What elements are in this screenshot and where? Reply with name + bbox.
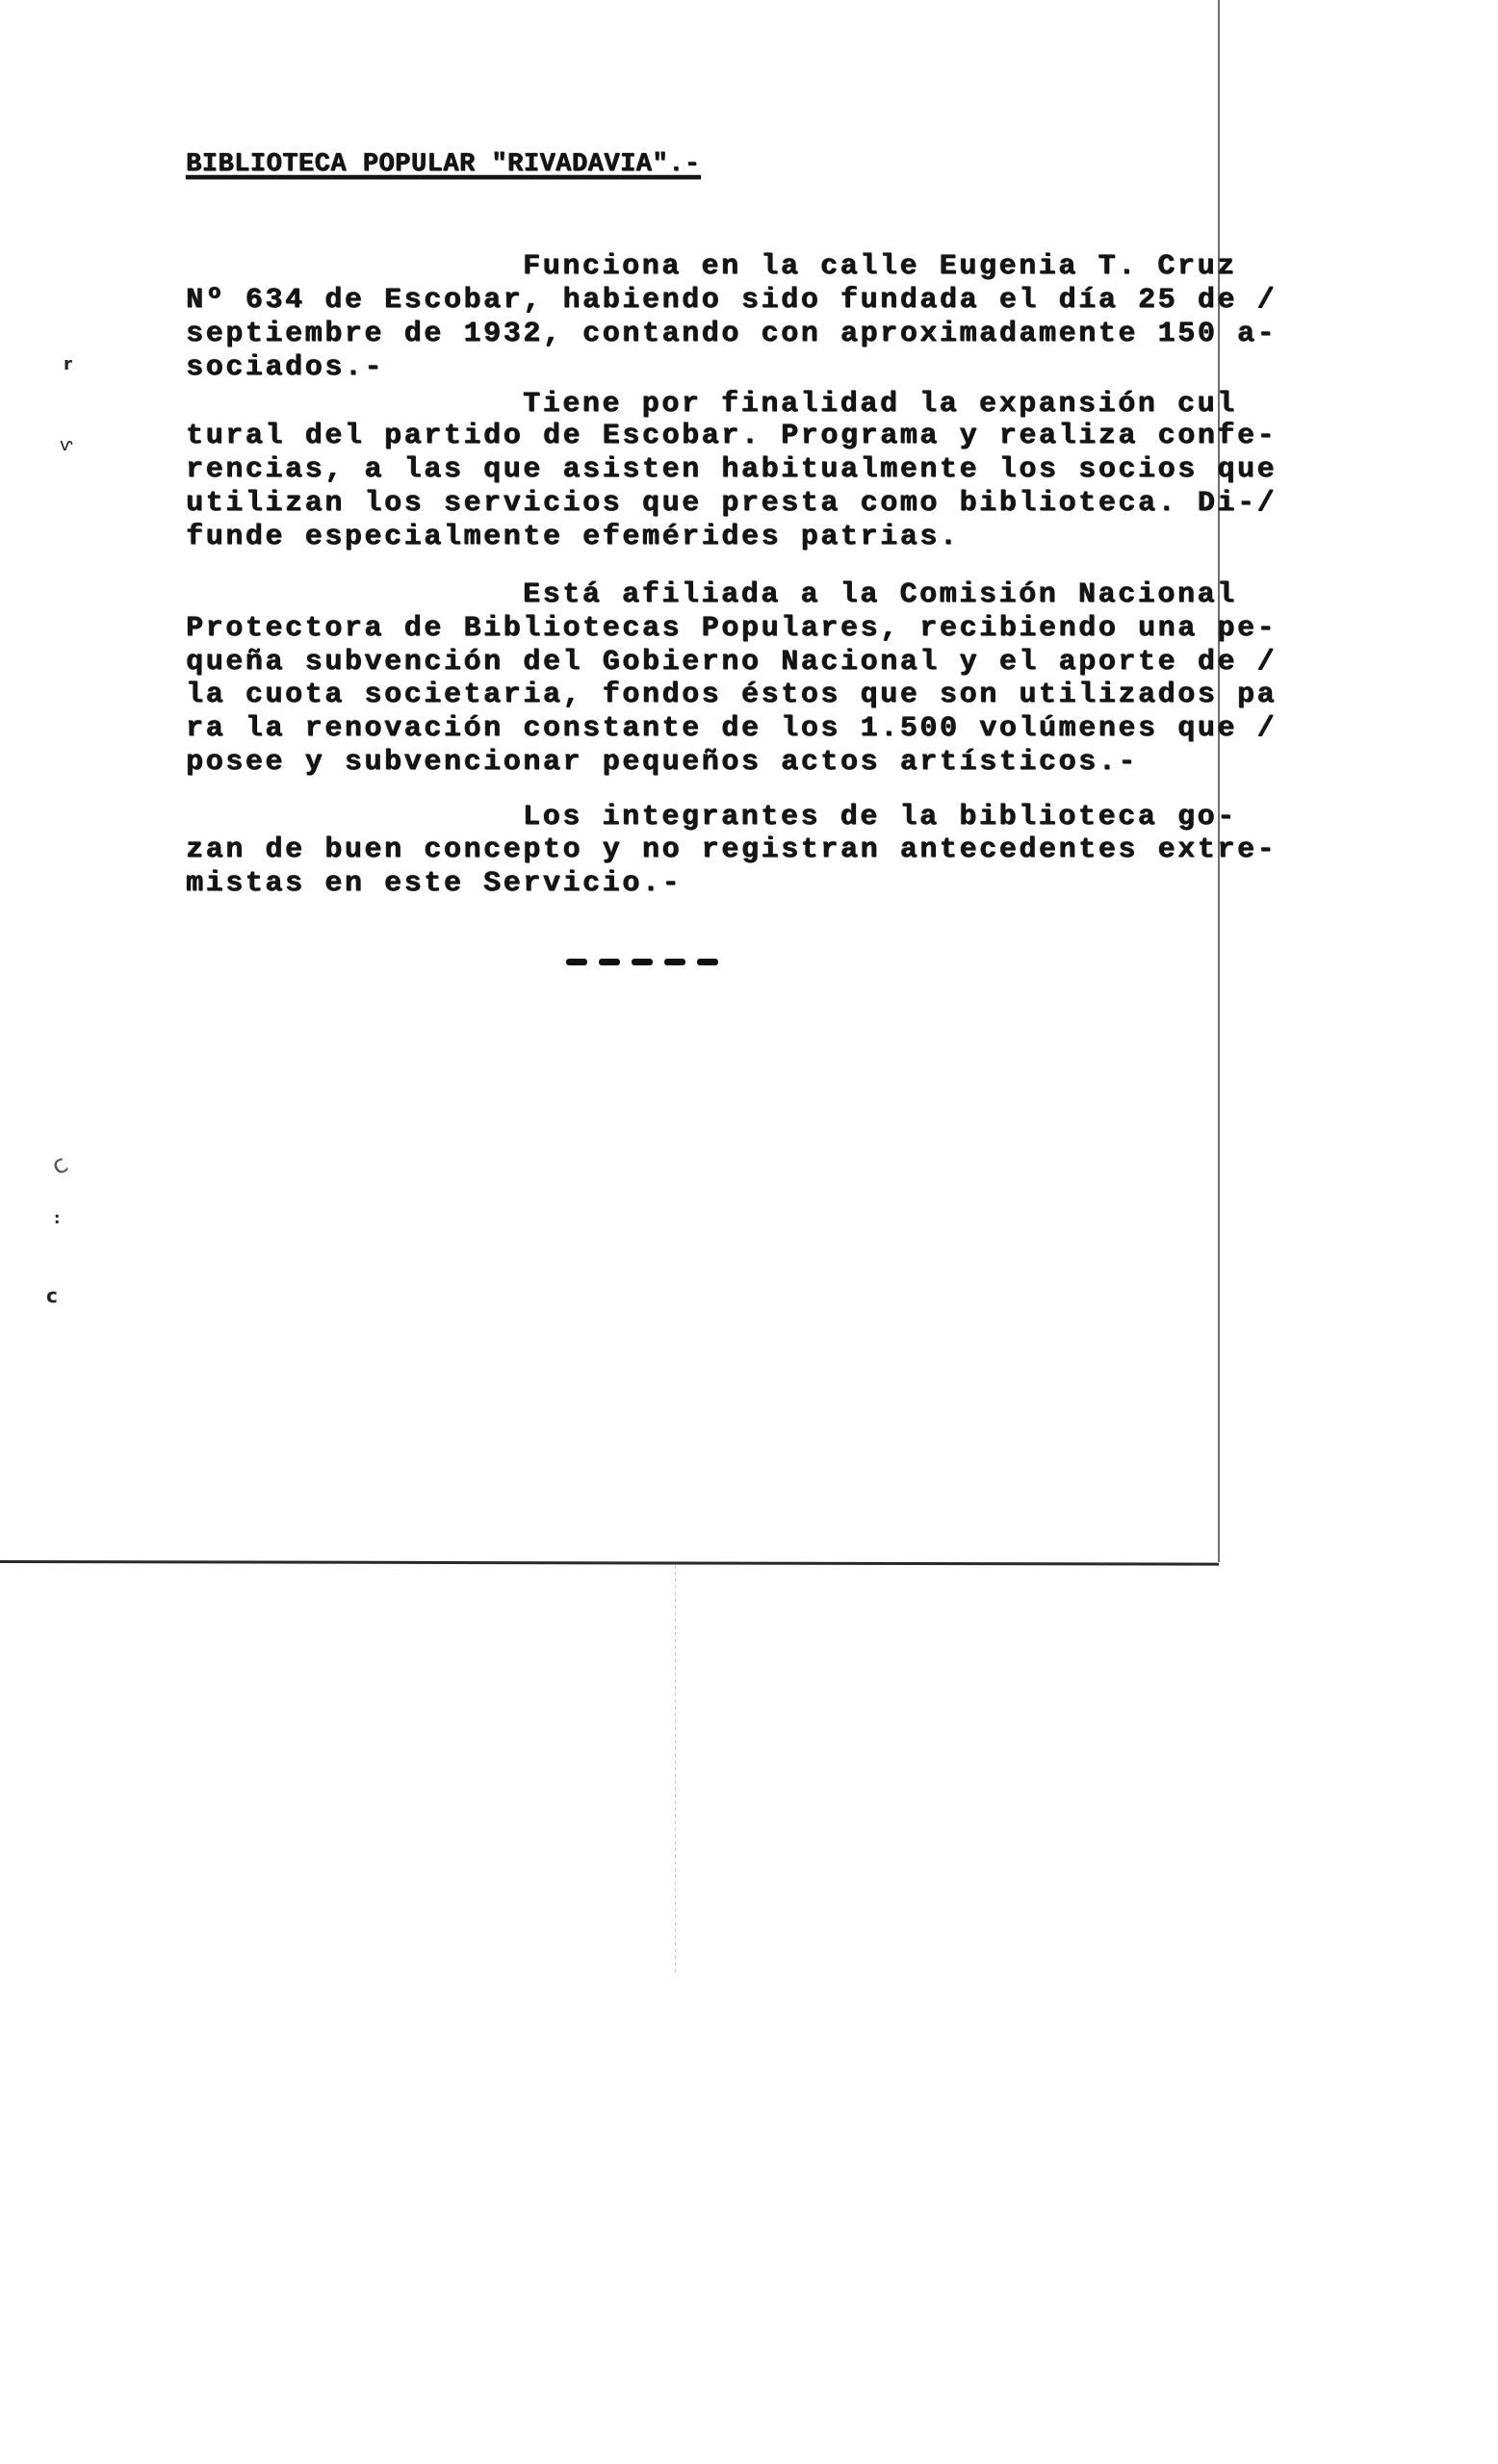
document-title: BIBLIOTECA POPULAR "RIVADAVIA".-: [186, 150, 700, 179]
separator-dash: [664, 959, 685, 965]
page-edge-bottom: [0, 1560, 1219, 1566]
paragraph-1-line-4: sociados.-: [186, 353, 384, 382]
paragraph-2-line-4: utilizan los servicios que presta como b…: [186, 489, 1277, 518]
paragraph-2-line-5: funde especialmente efemérides patrias.: [186, 523, 960, 552]
paragraph-3-line-1: Está afiliada a la Comisión Nacional: [523, 580, 1237, 609]
margin-mark: r: [64, 356, 72, 373]
separator-dash: [697, 959, 718, 965]
fold-line: [675, 1565, 676, 1974]
paragraph-2-line-3: rencias, a las que asisten habitualmente…: [186, 455, 1277, 484]
paragraph-3-line-4: la cuota societaria, fondos éstos que so…: [186, 680, 1277, 709]
paragraph-2-line-2: tural del partido de Escobar. Programa y…: [186, 422, 1277, 450]
paragraph-1-line-1: Funciona en la calle Eugenia T. Cruz: [523, 252, 1237, 281]
paragraph-3-line-2: Protectora de Bibliotecas Populares, rec…: [186, 614, 1277, 643]
separator-dash: [599, 959, 620, 965]
margin-mark: ϲ: [46, 1286, 58, 1305]
paragraph-1-line-2: Nº 634 de Escobar, habiendo sido fundada…: [186, 286, 1277, 315]
paragraph-1-line-3: septiembre de 1932, contando con aproxim…: [186, 320, 1277, 348]
margin-mark: ϲ: [47, 1151, 71, 1180]
paragraph-3-line-6: posee y subvencionar pequeños actos artí…: [186, 748, 1138, 777]
paragraph-3-line-3: queña subvención del Gobierno Nacional y…: [186, 648, 1277, 677]
paragraph-3-line-5: ra la renovación constante de los 1.500 …: [186, 714, 1277, 743]
page-edge-right: [1218, 0, 1220, 1562]
separator-dash: [632, 959, 653, 965]
end-separator: [566, 959, 718, 965]
paragraph-4-line-2: zan de buen concepto y no registran ante…: [186, 835, 1277, 864]
paragraph-2-line-1: Tiene por finalidad la expansión cul: [523, 390, 1237, 419]
margin-mark: ⱱ: [60, 437, 72, 454]
separator-dash: [566, 959, 587, 965]
margin-mark: :: [54, 1211, 60, 1226]
paragraph-4-line-1: Los integrantes de la biblioteca go-: [523, 803, 1237, 832]
paragraph-4-line-3: mistas en este Servicio.-: [186, 869, 682, 898]
